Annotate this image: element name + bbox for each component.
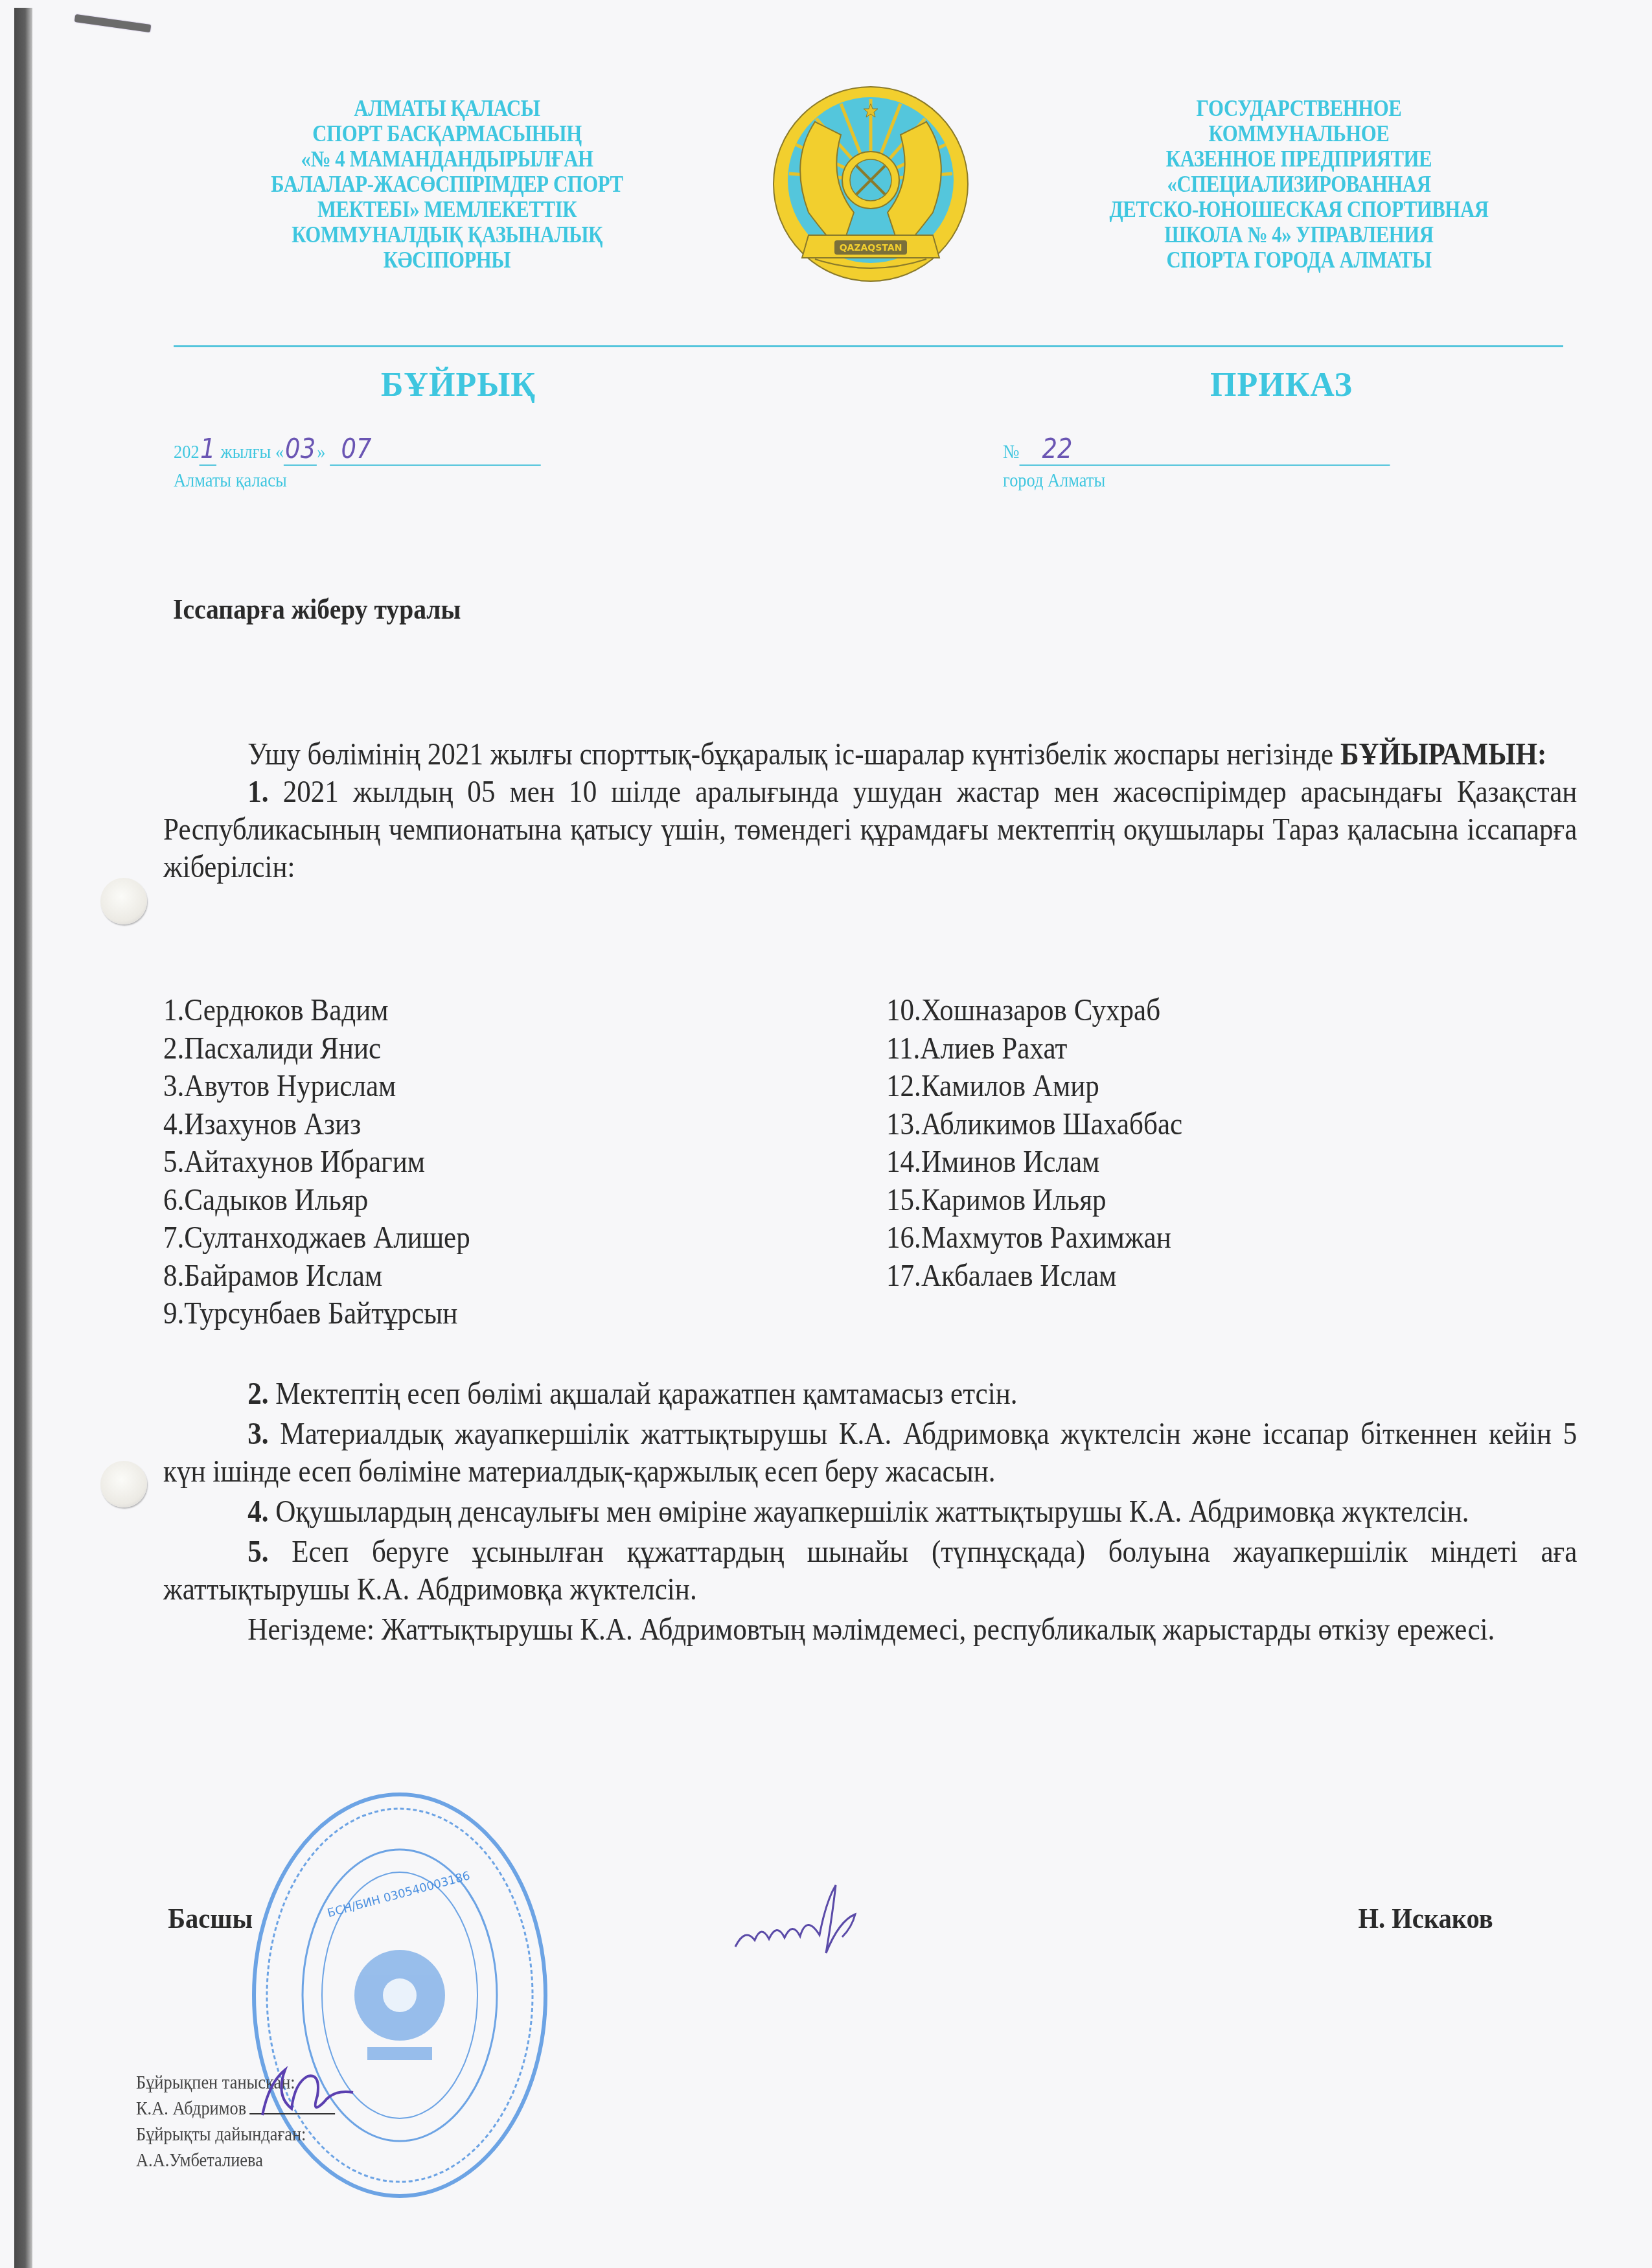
org-ru-line: ШКОЛА № 4» УПРАВЛЕНИЯ — [1048, 222, 1550, 247]
students-list-left: 1.Сердюков Вадим 2.Пасхалиди Янис 3.Авут… — [163, 991, 470, 1333]
org-kz-line: СПОРТ БАСҚАРМАСЫНЫҢ — [225, 121, 669, 146]
org-kz-line: МЕКТЕБІ» МЕМЛЕКЕТТІК — [225, 197, 669, 222]
acquainted-signature — [249, 2057, 360, 2131]
svg-text:QAZAQSTAN: QAZAQSTAN — [840, 243, 902, 253]
student-item: 2.Пасхалиди Янис — [163, 1029, 470, 1068]
item4-text: Оқушылардың денсаулығы мен өміріне жауап… — [275, 1493, 1469, 1529]
order-intro: Ушу бөлімінің 2021 жылғы спорттық-бұқара… — [163, 735, 1577, 886]
doc-type-kz: БҰЙРЫҚ — [381, 366, 536, 404]
intro-text: Ушу бөлімінің 2021 жылғы спорттық-бұқара… — [247, 736, 1333, 772]
org-name-kz: АЛМАТЫ ҚАЛАСЫ СПОРТ БАСҚАРМАСЫНЫҢ «№ 4 М… — [225, 96, 669, 273]
order-item-2: 2. Мектептің есеп бөлімі ақшалай қаражат… — [163, 1375, 1577, 1412]
order-item-4: 4. Оқушылардың денсаулығы мен өміріне жа… — [163, 1493, 1577, 1530]
order-item-5: 5. Есеп беруге ұсынылған құжаттардың шын… — [163, 1533, 1577, 1608]
day-close: » — [317, 441, 325, 463]
kazakhstan-emblem-icon: QAZAQSTAN — [770, 83, 972, 285]
item-number: 2. — [247, 1375, 268, 1411]
student-item: 1.Сердюков Вадим — [163, 991, 470, 1029]
acquainted-name: К.А. Абдримов — [136, 2098, 246, 2119]
prepared-name: А.А.Умбеталиева — [136, 2148, 335, 2173]
number-label: № — [1003, 441, 1019, 463]
student-item: 17.Акбалаев Ислам — [886, 1257, 1182, 1295]
date-line: 2021 жылғы «03» 07 — [174, 433, 541, 466]
month-handwritten: 07 — [341, 433, 372, 464]
student-item: 9.Турсунбаев Байтұрсын — [163, 1294, 470, 1333]
org-kz-line: «№ 4 МАМАНДАНДЫРЫЛҒАН — [225, 146, 669, 172]
item-number: 4. — [247, 1493, 268, 1529]
day-handwritten: 03 — [285, 433, 315, 464]
staple-mark — [75, 14, 152, 32]
student-item: 11.Алиев Рахат — [886, 1029, 1182, 1068]
student-item: 12.Камилов Амир — [886, 1067, 1182, 1105]
order-basis: Негіздеме: Жаттықтырушы К.А. Абдримовтың… — [163, 1610, 1577, 1648]
student-item: 4.Изахунов Азиз — [163, 1105, 470, 1143]
order-title: Іссапарға жіберу туралы — [173, 593, 461, 626]
student-item: 13.Абликимов Шахаббас — [886, 1105, 1182, 1143]
item1-text: 2021 жылдың 05 мен 10 шілде аралығында у… — [163, 773, 1577, 884]
org-kz-line: АЛМАТЫ ҚАЛАСЫ — [225, 96, 669, 121]
item5-text: Есеп беруге ұсынылған құжаттардың шынайы… — [163, 1533, 1577, 1607]
org-ru-line: ДЕТСКО-ЮНОШЕСКАЯ СПОРТИВНАЯ — [1048, 197, 1550, 222]
org-ru-line: КОММУНАЛЬНОЕ — [1048, 121, 1550, 146]
doc-type-ru: ПРИКАЗ — [1210, 366, 1353, 404]
students-list-right: 10.Хошназаров Сухраб 11.Алиев Рахат 12.К… — [886, 991, 1182, 1294]
signer-name: Н. Искаков — [1359, 1901, 1493, 1935]
order-item-3: 3. Материалдық жауапкершілік жаттықтыруш… — [163, 1415, 1577, 1490]
student-item: 6.Садыков Ильяр — [163, 1181, 470, 1219]
student-item: 5.Айтахунов Ибрагим — [163, 1143, 470, 1181]
order-items: 2. Мектептің есеп бөлімі ақшалай қаражат… — [163, 1375, 1577, 1648]
year-label: жылғы « — [221, 441, 284, 463]
student-item: 16.Махмутов Рахимжан — [886, 1219, 1182, 1257]
year-prefix: 202 — [174, 441, 200, 463]
org-ru-line: ГОСУДАРСТВЕННОЕ — [1048, 96, 1550, 121]
student-item: 3.Авутов Нурислам — [163, 1067, 470, 1105]
item2-text: Мектептің есеп бөлімі ақшалай қаражатпен… — [275, 1375, 1017, 1411]
punch-hole-top — [100, 878, 147, 924]
student-item: 7.Султанходжаев Алишер — [163, 1219, 470, 1257]
org-kz-line: БАЛАЛАР-ЖАСӨСПІРІМДЕР СПОРТ — [225, 172, 669, 197]
city-ru: город Алматы — [1003, 470, 1105, 492]
order-number-handwritten: 22 — [1042, 433, 1072, 464]
item-number: 3. — [247, 1415, 268, 1451]
item-number: 5. — [247, 1533, 268, 1569]
student-item: 14.Иминов Ислам — [886, 1143, 1182, 1181]
city-kz: Алматы қаласы — [174, 470, 287, 492]
org-ru-line: КАЗЕННОЕ ПРЕДПРИЯТИЕ — [1048, 146, 1550, 172]
year-handwritten: 1 — [200, 433, 216, 464]
svg-text:БСН/БИН 030540003186: БСН/БИН 030540003186 — [326, 1869, 472, 1920]
org-kz-line: КӘСІПОРНЫ — [225, 247, 669, 273]
item-number: 1. — [247, 773, 268, 809]
org-kz-line: КОММУНАЛДЫҚ ҚАЗЫНАЛЫҚ — [225, 222, 669, 247]
student-item: 8.Байрамов Ислам — [163, 1257, 470, 1295]
student-item: 10.Хошназаров Сухраб — [886, 991, 1182, 1029]
org-ru-line: СПОРТА ГОРОДА АЛМАТЫ — [1048, 247, 1550, 273]
org-name-ru: ГОСУДАРСТВЕННОЕ КОММУНАЛЬНОЕ КАЗЕННОЕ ПР… — [1048, 96, 1550, 273]
order-word: БҰЙЫРАМЫН: — [1340, 736, 1546, 772]
header-divider — [174, 345, 1563, 347]
item3-text: Материалдық жауапкершілік жаттықтырушы К… — [163, 1415, 1577, 1489]
student-item: 15.Каримов Ильяр — [886, 1181, 1182, 1219]
signer-role: Басшы — [168, 1901, 253, 1935]
scan-edge-shadow — [14, 8, 32, 2268]
order-number-line: №22 — [1003, 433, 1390, 466]
org-ru-line: «СПЕЦИАЛИЗИРОВАННАЯ — [1048, 172, 1550, 197]
punch-hole-bottom — [100, 1461, 147, 1507]
director-signature — [729, 1875, 897, 1960]
